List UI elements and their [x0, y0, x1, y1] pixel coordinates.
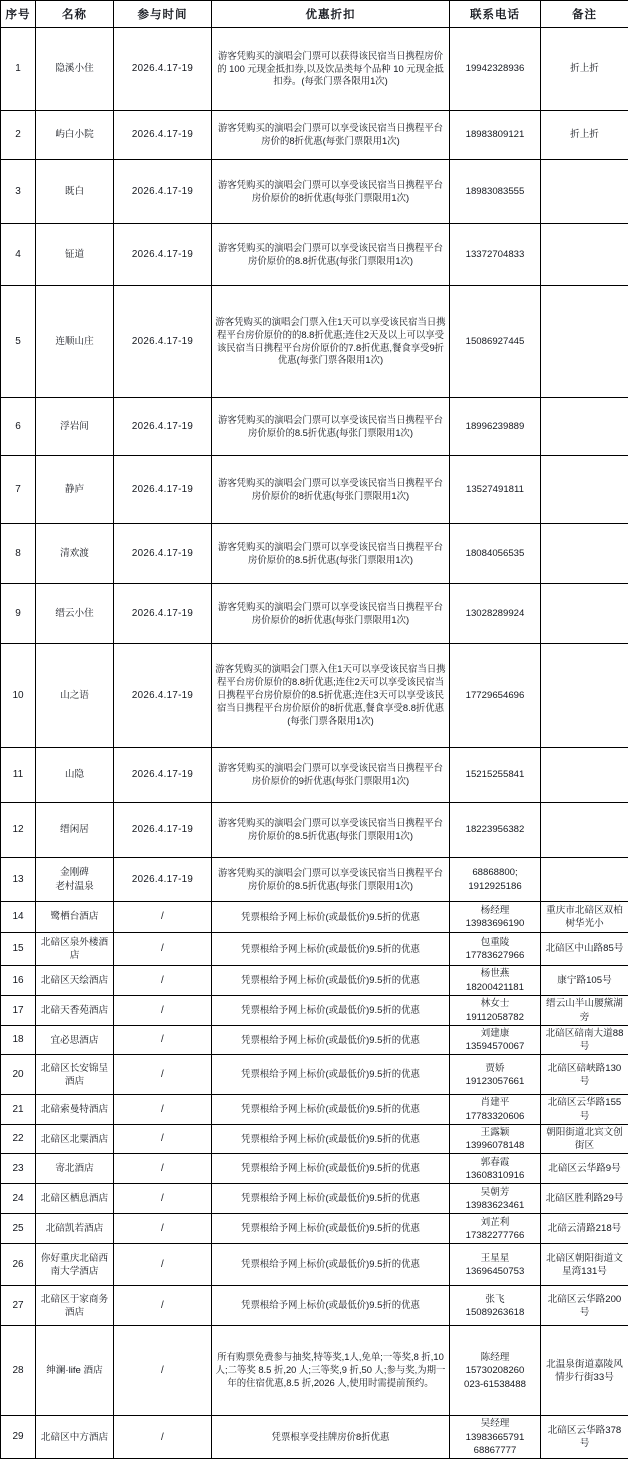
cell-period: /: [114, 1055, 212, 1095]
cell-discount: 凭票根给予网上标价(或最低价)9.5折的优惠: [212, 1026, 450, 1055]
cell-no: 7: [1, 456, 36, 524]
cell-period: /: [114, 1286, 212, 1326]
cell-contact: 张飞 15089263618: [450, 1286, 541, 1326]
cell-period: /: [114, 1124, 212, 1153]
header-period: 参与时间: [114, 1, 212, 28]
cell-no: 9: [1, 584, 36, 644]
table-row: 17北碚天香苑酒店/凭票根给予网上标价(或最低价)9.5折的优惠林女士 1911…: [1, 996, 628, 1026]
cell-no: 22: [1, 1124, 36, 1153]
cell-period: 2026.4.17-19: [114, 160, 212, 224]
cell-remark: [541, 286, 628, 398]
cell-contact: 18983809121: [450, 111, 541, 160]
cell-discount: 凭票根给予网上标价(或最低价)9.5折的优惠: [212, 1124, 450, 1153]
cell-contact: 王露颖 13996078148: [450, 1124, 541, 1153]
cell-remark: 折上折: [541, 111, 628, 160]
cell-name: 鹭栖台酒店: [36, 902, 114, 933]
table-row: 12缙闲居2026.4.17-19游客凭购买的演唱会门票可以享受该民宿当日携程平…: [1, 803, 628, 858]
cell-remark: 北碚区中山路85号: [541, 933, 628, 966]
cell-no: 4: [1, 224, 36, 286]
cell-no: 16: [1, 966, 36, 996]
cell-name: 你好重庆北碚西南大学酒店: [36, 1244, 114, 1286]
cell-discount: 游客凭购买的演唱会门票可以享受该民宿当日携程平台房价原价的8.8折优惠(每张门票…: [212, 224, 450, 286]
cell-period: /: [114, 1154, 212, 1184]
cell-contact: 19942328936: [450, 28, 541, 111]
cell-discount: 游客凭购买的演唱会门票入住1天可以享受该民宿当日携程平台房价原价的8.8折优惠;…: [212, 644, 450, 748]
cell-period: 2026.4.17-19: [114, 456, 212, 524]
table-row: 24北碚区栖息酒店/凭票根给予网上标价(或最低价)9.5折的优惠吴朝芳 1398…: [1, 1184, 628, 1214]
cell-no: 18: [1, 1026, 36, 1055]
table-header: 序号 名称 参与时间 优惠折扣 联系电话 备注: [1, 1, 628, 28]
cell-contact: 杨世燕 18200421181: [450, 966, 541, 996]
cell-remark: 北碚区胜利路29号: [541, 1184, 628, 1214]
cell-name: 缙闲居: [36, 803, 114, 858]
cell-contact: 13028289924: [450, 584, 541, 644]
table-row: 10山之语2026.4.17-19游客凭购买的演唱会门票入住1天可以享受该民宿当…: [1, 644, 628, 748]
cell-remark: 折上折: [541, 28, 628, 111]
table-row: 29北碚区中方酒店/凭票根享受挂牌房价8折优惠吴经理 13983665791 6…: [1, 1416, 628, 1459]
table-row: 4钲道2026.4.17-19游客凭购买的演唱会门票可以享受该民宿当日携程平台房…: [1, 224, 628, 286]
cell-name: 浮岩间: [36, 398, 114, 456]
cell-contact: 刘芷利 17382277766: [450, 1214, 541, 1244]
cell-name: 北碚天香苑酒店: [36, 996, 114, 1026]
cell-no: 3: [1, 160, 36, 224]
cell-remark: 北碚区云华路155号: [541, 1095, 628, 1124]
table-row: 2屿白小院2026.4.17-19游客凭购买的演唱会门票可以享受该民宿当日携程平…: [1, 111, 628, 160]
table-row: 27北碚区于家商务酒店/凭票根给予网上标价(或最低价)9.5折的优惠张飞 150…: [1, 1286, 628, 1326]
cell-period: 2026.4.17-19: [114, 644, 212, 748]
cell-period: /: [114, 1326, 212, 1416]
cell-contact: 15086927445: [450, 286, 541, 398]
cell-discount: 凭票根给予网上标价(或最低价)9.5折的优惠: [212, 996, 450, 1026]
cell-contact: 郭春霞 13608310916: [450, 1154, 541, 1184]
cell-contact: 刘建康 13594570067: [450, 1026, 541, 1055]
cell-discount: 凭票根给予网上标价(或最低价)9.5折的优惠: [212, 1286, 450, 1326]
cell-name: 北碚区于家商务酒店: [36, 1286, 114, 1326]
cell-name: 绅澜·life 酒店: [36, 1326, 114, 1416]
cell-no: 20: [1, 1055, 36, 1095]
cell-no: 26: [1, 1244, 36, 1286]
cell-discount: 游客凭购买的演唱会门票可以享受该民宿当日携程平台房价原价的8折优惠(每张门票限用…: [212, 584, 450, 644]
cell-remark: [541, 160, 628, 224]
cell-no: 11: [1, 748, 36, 803]
header-row: 序号 名称 参与时间 优惠折扣 联系电话 备注: [1, 1, 628, 28]
cell-no: 15: [1, 933, 36, 966]
cell-period: /: [114, 1184, 212, 1214]
cell-period: /: [114, 1214, 212, 1244]
cell-no: 23: [1, 1154, 36, 1184]
cell-name: 钲道: [36, 224, 114, 286]
cell-remark: [541, 858, 628, 902]
cell-remark: [541, 748, 628, 803]
table-row: 16北碚区天绘酒店/凭票根给予网上标价(或最低价)9.5折的优惠杨世燕 1820…: [1, 966, 628, 996]
header-name: 名称: [36, 1, 114, 28]
cell-period: 2026.4.17-19: [114, 748, 212, 803]
cell-name: 隐溪小住: [36, 28, 114, 111]
cell-remark: 北碚区云华路200号: [541, 1286, 628, 1326]
cell-discount: 所有购票免费参与抽奖,特等奖,1人,免单;一等奖,8 折,10人;二等奖 8.5…: [212, 1326, 450, 1416]
cell-discount: 凭票根给予网上标价(或最低价)9.5折的优惠: [212, 1184, 450, 1214]
cell-no: 10: [1, 644, 36, 748]
cell-no: 2: [1, 111, 36, 160]
cell-period: 2026.4.17-19: [114, 224, 212, 286]
cell-remark: 北碚云清路218号: [541, 1214, 628, 1244]
cell-contact: 15215255841: [450, 748, 541, 803]
cell-no: 24: [1, 1184, 36, 1214]
cell-no: 14: [1, 902, 36, 933]
cell-discount: 游客凭购买的演唱会门票可以享受该民宿当日携程平台房价原价的8.5折优惠(每张门票…: [212, 803, 450, 858]
cell-name: 宜必思酒店: [36, 1026, 114, 1055]
table-row: 18宜必思酒店/凭票根给予网上标价(或最低价)9.5折的优惠刘建康 135945…: [1, 1026, 628, 1055]
cell-remark: 康宁路105号: [541, 966, 628, 996]
cell-contact: 18223956382: [450, 803, 541, 858]
cell-name: 北碚区天绘酒店: [36, 966, 114, 996]
cell-contact: 杨经理 13983696190: [450, 902, 541, 933]
cell-remark: 北碚区碚南大道88号: [541, 1026, 628, 1055]
cell-discount: 凭票根给予网上标价(或最低价)9.5折的优惠: [212, 1095, 450, 1124]
cell-contact: 17729654696: [450, 644, 541, 748]
cell-period: 2026.4.17-19: [114, 111, 212, 160]
cell-contact: 18996239889: [450, 398, 541, 456]
cell-contact: 王星星 13696450753: [450, 1244, 541, 1286]
cell-contact: 包重陵 17783627966: [450, 933, 541, 966]
cell-period: /: [114, 1026, 212, 1055]
cell-contact: 18084056535: [450, 524, 541, 584]
cell-contact: 吴朝芳 13983623461: [450, 1184, 541, 1214]
cell-remark: 北碚区云华路9号: [541, 1154, 628, 1184]
cell-name: 清欢渡: [36, 524, 114, 584]
cell-remark: [541, 224, 628, 286]
discount-table: 序号 名称 参与时间 优惠折扣 联系电话 备注 1隐溪小住2026.4.17-1…: [0, 0, 628, 1459]
cell-contact: 13527491811: [450, 456, 541, 524]
cell-period: /: [114, 996, 212, 1026]
cell-no: 13: [1, 858, 36, 902]
cell-name: 北碚区泉外楼酒店: [36, 933, 114, 966]
cell-remark: 北温泉街道嘉陵风情步行街33号: [541, 1326, 628, 1416]
cell-discount: 游客凭购买的演唱会门票可以享受该民宿当日携程平台房价原价的8.5折优惠(每张门票…: [212, 398, 450, 456]
table-body: 1隐溪小住2026.4.17-19游客凭购买的演唱会门票可以获得该民宿当日携程房…: [1, 28, 628, 1459]
cell-remark: [541, 584, 628, 644]
cell-contact: 13372704833: [450, 224, 541, 286]
cell-no: 28: [1, 1326, 36, 1416]
cell-remark: [541, 644, 628, 748]
cell-period: 2026.4.17-19: [114, 398, 212, 456]
cell-remark: [541, 398, 628, 456]
cell-discount: 凭票根给予网上标价(或最低价)9.5折的优惠: [212, 1244, 450, 1286]
cell-discount: 游客凭购买的演唱会门票可以享受该民宿当日携程平台房价的8折优惠(每张门票限用1次…: [212, 111, 450, 160]
cell-no: 29: [1, 1416, 36, 1459]
cell-discount: 凭票根享受挂牌房价8折优惠: [212, 1416, 450, 1459]
cell-discount: 凭票根给予网上标价(或最低价)9.5折的优惠: [212, 1154, 450, 1184]
cell-remark: [541, 524, 628, 584]
cell-contact: 18983083555: [450, 160, 541, 224]
header-contact: 联系电话: [450, 1, 541, 28]
table-row: 20北碚区长安锦呈酒店/凭票根给予网上标价(或最低价)9.5折的优惠贾娇 191…: [1, 1055, 628, 1095]
table-row: 3既白2026.4.17-19游客凭购买的演唱会门票可以享受该民宿当日携程平台房…: [1, 160, 628, 224]
table-row: 1隐溪小住2026.4.17-19游客凭购买的演唱会门票可以获得该民宿当日携程房…: [1, 28, 628, 111]
cell-discount: 游客凭购买的演唱会门票入住1天可以享受该民宿当日携程平台房价原价的的8.8折优惠…: [212, 286, 450, 398]
cell-name: 山之语: [36, 644, 114, 748]
cell-remark: [541, 803, 628, 858]
table-row: 28绅澜·life 酒店/所有购票免费参与抽奖,特等奖,1人,免单;一等奖,8 …: [1, 1326, 628, 1416]
cell-remark: 北碚区云华路378号: [541, 1416, 628, 1459]
cell-period: /: [114, 1095, 212, 1124]
table-row: 25北碚凯若酒店/凭票根给予网上标价(或最低价)9.5折的优惠刘芷利 17382…: [1, 1214, 628, 1244]
cell-period: /: [114, 902, 212, 933]
table-row: 5连顺山庄2026.4.17-19游客凭购买的演唱会门票入住1天可以享受该民宿当…: [1, 286, 628, 398]
cell-contact: 林女士 19112058782: [450, 996, 541, 1026]
table-row: 22北碚区北粟酒店/凭票根给予网上标价(或最低价)9.5折的优惠王露颖 1399…: [1, 1124, 628, 1153]
cell-name: 北碚区长安锦呈酒店: [36, 1055, 114, 1095]
cell-discount: 凭票根给予网上标价(或最低价)9.5折的优惠: [212, 966, 450, 996]
cell-no: 25: [1, 1214, 36, 1244]
cell-period: 2026.4.17-19: [114, 286, 212, 398]
cell-period: /: [114, 1244, 212, 1286]
cell-discount: 凭票根给予网上标价(或最低价)9.5折的优惠: [212, 1214, 450, 1244]
header-discount: 优惠折扣: [212, 1, 450, 28]
cell-remark: 北碚区朝阳街道文星湾131号: [541, 1244, 628, 1286]
cell-name: 静庐: [36, 456, 114, 524]
document-page: 序号 名称 参与时间 优惠折扣 联系电话 备注 1隐溪小住2026.4.17-1…: [0, 0, 628, 1459]
cell-period: 2026.4.17-19: [114, 28, 212, 111]
cell-name: 北碚区北粟酒店: [36, 1124, 114, 1153]
cell-period: 2026.4.17-19: [114, 584, 212, 644]
cell-remark: 缙云山半山腰黛湖旁: [541, 996, 628, 1026]
cell-no: 6: [1, 398, 36, 456]
cell-discount: 游客凭购买的演唱会门票可以享受该民宿当日携程平台房价原价的8折优惠(每张门票限用…: [212, 160, 450, 224]
table-row: 26你好重庆北碚西南大学酒店/凭票根给予网上标价(或最低价)9.5折的优惠王星星…: [1, 1244, 628, 1286]
cell-period: 2026.4.17-19: [114, 858, 212, 902]
table-row: 7静庐2026.4.17-19游客凭购买的演唱会门票可以享受该民宿当日携程平台房…: [1, 456, 628, 524]
cell-name: 连顺山庄: [36, 286, 114, 398]
cell-period: /: [114, 1416, 212, 1459]
cell-period: /: [114, 933, 212, 966]
cell-period: 2026.4.17-19: [114, 524, 212, 584]
cell-name: 寄北酒店: [36, 1154, 114, 1184]
cell-remark: 重庆市北碚区双柏树华光小: [541, 902, 628, 933]
cell-no: 17: [1, 996, 36, 1026]
cell-no: 21: [1, 1095, 36, 1124]
cell-period: 2026.4.17-19: [114, 803, 212, 858]
cell-contact: 吴经理 13983665791 68867777: [450, 1416, 541, 1459]
cell-no: 1: [1, 28, 36, 111]
cell-no: 12: [1, 803, 36, 858]
table-row: 21北碚索曼特酒店/凭票根给予网上标价(或最低价)9.5折的优惠肖建平 1778…: [1, 1095, 628, 1124]
cell-contact: 贾娇 19123057661: [450, 1055, 541, 1095]
cell-discount: 游客凭购买的演唱会门票可以获得该民宿当日携程房价的 100 元现金抵扣券,以及饮…: [212, 28, 450, 111]
cell-remark: 北碚区碚峡路130号: [541, 1055, 628, 1095]
cell-discount: 游客凭购买的演唱会门票可以享受该民宿当日携程平台房价原价的8.5折优惠(每张门票…: [212, 524, 450, 584]
cell-discount: 凭票根给予网上标价(或最低价)9.5折的优惠: [212, 902, 450, 933]
cell-remark: 朝阳街道北宾文创街区: [541, 1124, 628, 1153]
table-row: 15北碚区泉外楼酒店/凭票根给予网上标价(或最低价)9.5折的优惠包重陵 177…: [1, 933, 628, 966]
cell-discount: 凭票根给予网上标价(或最低价)9.5折的优惠: [212, 1055, 450, 1095]
table-row: 13金刚碑 老村温泉2026.4.17-19游客凭购买的演唱会门票可以享受该民宿…: [1, 858, 628, 902]
header-no: 序号: [1, 1, 36, 28]
table-row: 6浮岩间2026.4.17-19游客凭购买的演唱会门票可以享受该民宿当日携程平台…: [1, 398, 628, 456]
table-row: 9缙云小住2026.4.17-19游客凭购买的演唱会门票可以享受该民宿当日携程平…: [1, 584, 628, 644]
cell-discount: 游客凭购买的演唱会门票可以享受该民宿当日携程平台房价原价的8.5折优惠(每张门票…: [212, 858, 450, 902]
cell-no: 27: [1, 1286, 36, 1326]
cell-contact: 68868800; 1912925186: [450, 858, 541, 902]
cell-name: 既白: [36, 160, 114, 224]
cell-name: 金刚碑 老村温泉: [36, 858, 114, 902]
cell-discount: 凭票根给予网上标价(或最低价)9.5折的优惠: [212, 933, 450, 966]
table-row: 23寄北酒店/凭票根给予网上标价(或最低价)9.5折的优惠郭春霞 1360831…: [1, 1154, 628, 1184]
cell-name: 北碚索曼特酒店: [36, 1095, 114, 1124]
table-row: 8清欢渡2026.4.17-19游客凭购买的演唱会门票可以享受该民宿当日携程平台…: [1, 524, 628, 584]
cell-remark: [541, 456, 628, 524]
cell-contact: 陈经理 15730208260 023-61538488: [450, 1326, 541, 1416]
cell-name: 屿白小院: [36, 111, 114, 160]
cell-discount: 游客凭购买的演唱会门票可以享受该民宿当日携程平台房价原价的8折优惠(每张门票限用…: [212, 456, 450, 524]
table-row: 14鹭栖台酒店/凭票根给予网上标价(或最低价)9.5折的优惠杨经理 139836…: [1, 902, 628, 933]
cell-name: 北碚区栖息酒店: [36, 1184, 114, 1214]
cell-no: 8: [1, 524, 36, 584]
header-remark: 备注: [541, 1, 628, 28]
cell-name: 北碚区中方酒店: [36, 1416, 114, 1459]
cell-name: 缙云小住: [36, 584, 114, 644]
cell-name: 北碚凯若酒店: [36, 1214, 114, 1244]
table-row: 11山隐2026.4.17-19游客凭购买的演唱会门票可以享受该民宿当日携程平台…: [1, 748, 628, 803]
cell-period: /: [114, 966, 212, 996]
cell-name: 山隐: [36, 748, 114, 803]
cell-discount: 游客凭购买的演唱会门票可以享受该民宿当日携程平台房价原价的9折优惠(每张门票限用…: [212, 748, 450, 803]
cell-no: 5: [1, 286, 36, 398]
cell-contact: 肖建平 17783320606: [450, 1095, 541, 1124]
